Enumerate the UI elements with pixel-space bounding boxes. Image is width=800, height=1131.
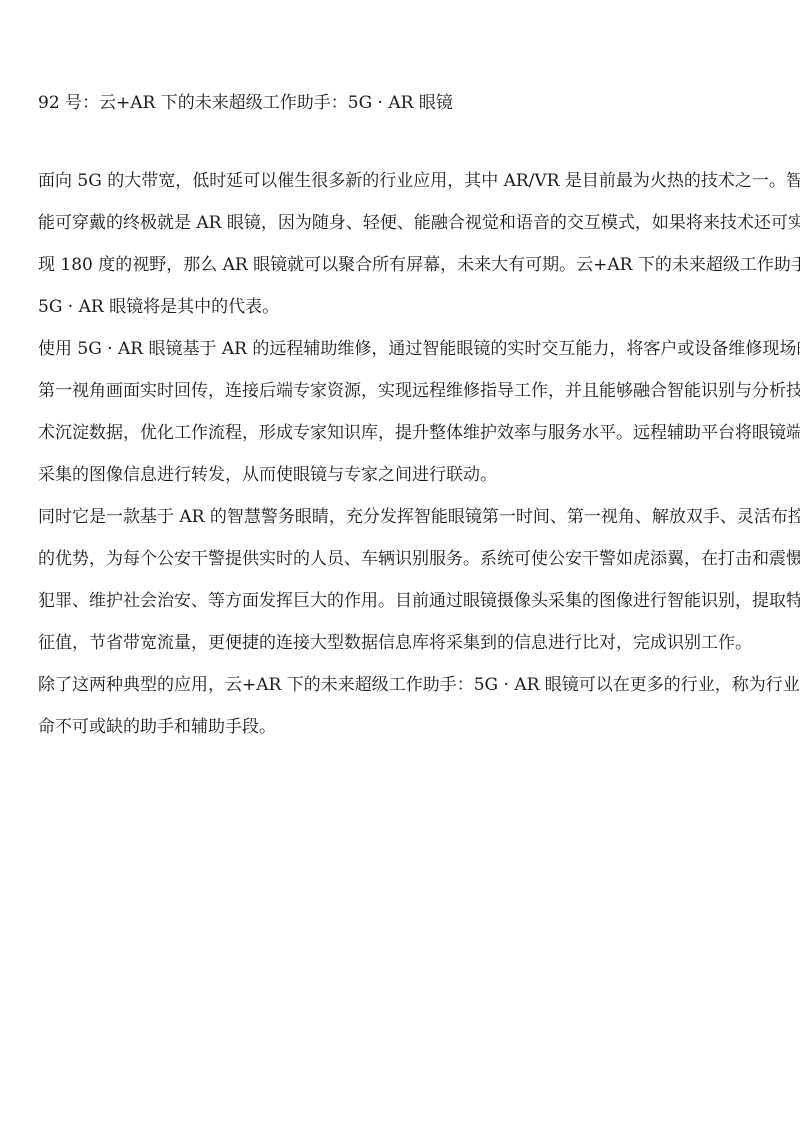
text-line: 同时它是一款基于 AR 的智慧警务眼睛，充分发挥智能眼镜第一时间、第一视角、解放… — [38, 505, 762, 547]
paragraph-intro: 面向 5G 的大带宽，低时延可以催生很多新的行业应用，其中 AR/VR 是目前最… — [38, 169, 762, 337]
text-line: 的优势，为每个公安干警提供实时的人员、车辆识别服务。系统可使公安干警如虎添翼，在… — [38, 547, 762, 589]
paragraph-remote-maintenance: 使用 5G · AR 眼镜基于 AR 的远程辅助维修，通过智能眼镜的实时交互能力… — [38, 337, 762, 505]
text-line: 面向 5G 的大带宽，低时延可以催生很多新的行业应用，其中 AR/VR 是目前最… — [38, 169, 762, 211]
text-line: 命不可或缺的助手和辅助手段。 — [38, 715, 762, 757]
document-title: 92 号：云+AR 下的未来超级工作助手：5G · AR 眼镜 — [38, 91, 453, 115]
text-line: 第一视角画面实时回传，连接后端专家资源，实现远程维修指导工作，并且能够融合智能识… — [38, 379, 762, 421]
text-line: 现 180 度的视野，那么 AR 眼镜就可以聚合所有屏幕，未来大有可期。云+AR… — [38, 253, 762, 295]
text-line: 术沉淀数据，优化工作流程，形成专家知识库，提升整体维护效率与服务水平。远程辅助平… — [38, 421, 762, 463]
text-line: 使用 5G · AR 眼镜基于 AR 的远程辅助维修，通过智能眼镜的实时交互能力… — [38, 337, 762, 379]
paragraph-conclusion: 除了这两种典型的应用，云+AR 下的未来超级工作助手：5G · AR 眼镜可以在… — [38, 673, 762, 757]
document-body: 面向 5G 的大带宽，低时延可以催生很多新的行业应用，其中 AR/VR 是目前最… — [38, 169, 762, 757]
text-line: 除了这两种典型的应用，云+AR 下的未来超级工作助手：5G · AR 眼镜可以在… — [38, 673, 762, 715]
text-line: 采集的图像信息进行转发，从而使眼镜与专家之间进行联动。 — [38, 463, 762, 505]
text-line: 能可穿戴的终极就是 AR 眼镜，因为随身、轻便、能融合视觉和语音的交互模式，如果… — [38, 211, 762, 253]
paragraph-smart-policing: 同时它是一款基于 AR 的智慧警务眼睛，充分发挥智能眼镜第一时间、第一视角、解放… — [38, 505, 762, 673]
text-line: 5G · AR 眼镜将是其中的代表。 — [38, 295, 762, 337]
text-line: 征值，节省带宽流量，更便捷的连接大型数据信息库将采集到的信息进行比对，完成识别工… — [38, 631, 762, 673]
text-line: 犯罪、维护社会治安、等方面发挥巨大的作用。目前通过眼镜摄像头采集的图像进行智能识… — [38, 589, 762, 631]
